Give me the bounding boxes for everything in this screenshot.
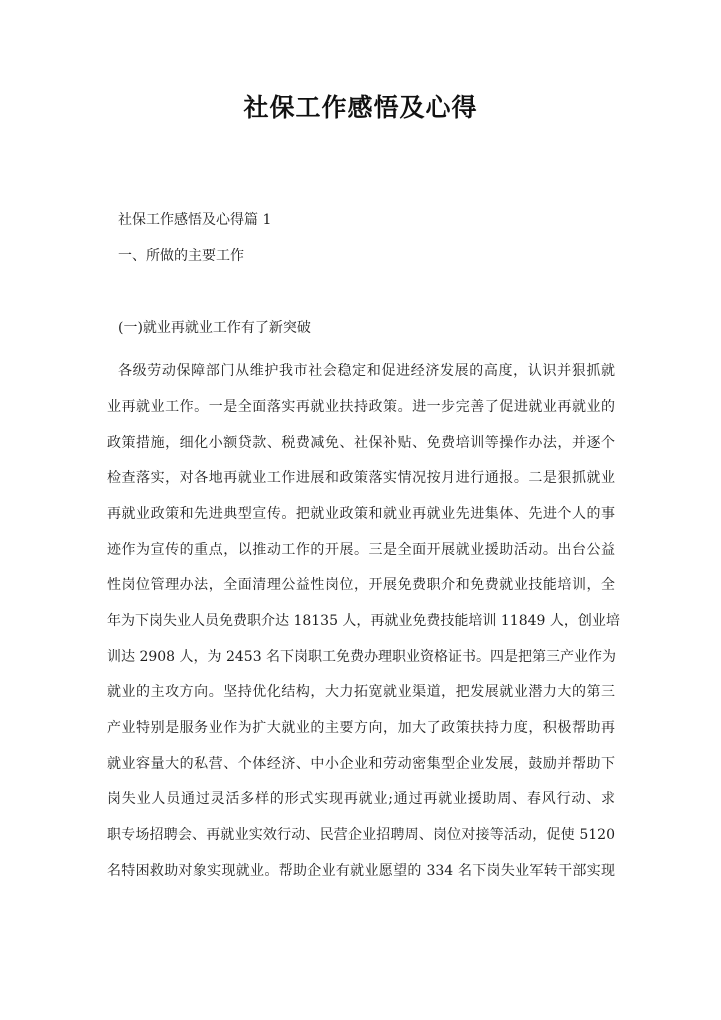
body-line: 训达 2908 人，为 2453 名下岗职工免费办理职业资格证书。四是把第三产业… (107, 647, 615, 667)
body-line: 名特困救助对象实现就业。帮助企业有就业愿望的 334 名下岗失业军转干部实现 (107, 861, 615, 881)
body-line: 政策措施，细化小额贷款、税费减免、社保补贴、免费培训等操作办法，并逐个 (107, 433, 615, 453)
section-heading: 社保工作感悟及心得篇 1 (118, 210, 615, 230)
body-line: 检查落实，对各地再就业工作进展和政策落实情况按月进行通报。二是狠抓就业 (107, 468, 615, 488)
body-line: 岗失业人员通过灵活多样的形式实现再就业;通过再就业援助周、春风行动、求 (107, 789, 615, 809)
part-heading: 一、所做的主要工作 (118, 246, 615, 266)
body-line: 再就业政策和先进典型宣传。把就业政策和就业再就业先进集体、先进个人的事 (107, 504, 615, 524)
body-line: 职专场招聘会、再就业实效行动、民营企业招聘周、岗位对接等活动，促使 5120 (107, 825, 615, 845)
body-line: 就业容量大的私营、个体经济、中小企业和劳动密集型企业发展，鼓励并帮助下 (107, 754, 615, 774)
document-page: 社保工作感悟及心得 社保工作感悟及心得篇 1 一、所做的主要工作 (一)就业再就… (0, 0, 721, 1020)
body-line: 业再就业工作。一是全面落实再就业扶持政策。进一步完善了促进就业再就业的 (107, 397, 615, 417)
body-line: 产业特别是服务业作为扩大就业的主要方向，加大了政策扶持力度，积极帮助再 (107, 718, 615, 738)
body-line: 迹作为宣传的重点，以推动工作的开展。三是全面开展就业援助活动。出台公益 (107, 540, 615, 560)
document-title: 社保工作感悟及心得 (0, 88, 721, 124)
body-line: 各级劳动保障部门从维护我市社会稳定和促进经济发展的高度，认识并狠抓就 (118, 361, 615, 381)
body-line: 就业的主攻方向。坚持优化结构，大力拓宽就业渠道，把发展就业潜力大的第三 (107, 682, 615, 702)
body-line: 性岗位管理办法，全面清理公益性岗位，开展免费职介和免费就业技能培训，全 (107, 575, 615, 595)
subsection-heading: (一)就业再就业工作有了新突破 (118, 318, 615, 338)
body-line: 年为下岗失业人员免费职介达 18135 人，再就业免费技能培训 11849 人，… (107, 611, 615, 631)
